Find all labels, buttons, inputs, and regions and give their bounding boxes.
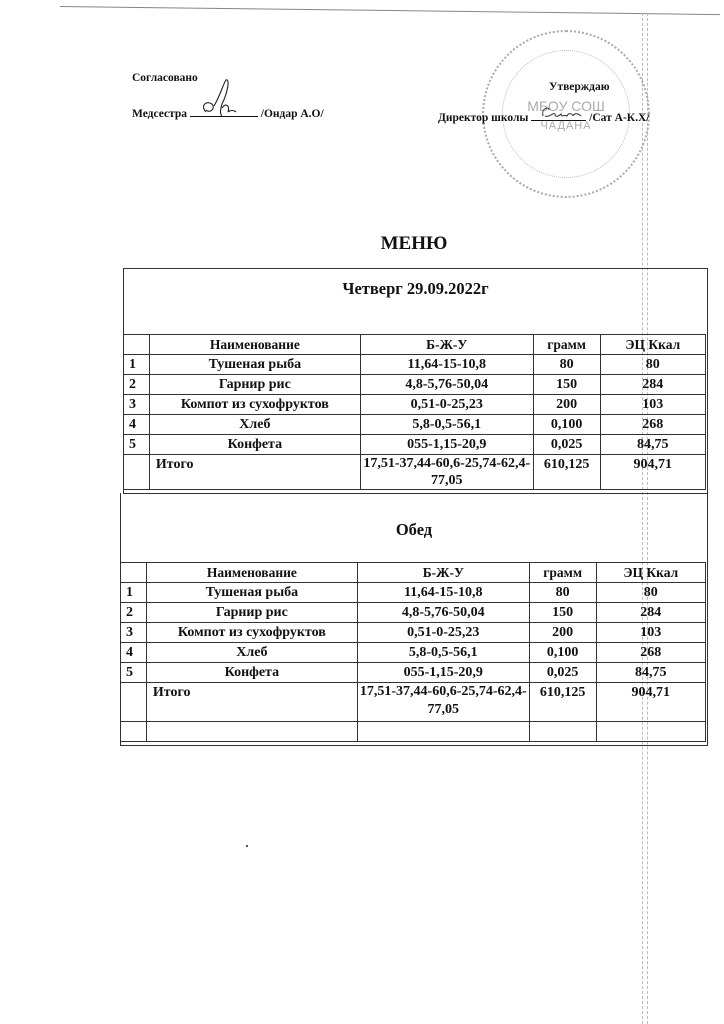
approval-block: Согласовано Медсестра /Ондар А.О/ bbox=[132, 72, 198, 84]
dish-gram: 150 bbox=[533, 375, 600, 395]
col-header-num bbox=[121, 563, 147, 583]
section-title: Четверг 29.09.2022г bbox=[124, 279, 707, 299]
total-row: Итого 17,51-37,44-60,6-25,74-62,4-77,05 … bbox=[121, 683, 706, 722]
empty-cell bbox=[529, 722, 596, 742]
director-name: /Сат А-К.Х/ bbox=[589, 112, 649, 124]
col-header-kcal: ЭЦ Ккал bbox=[600, 335, 706, 355]
dish-bju: 11,64-15-10,8 bbox=[360, 355, 533, 375]
menu-section-breakfast: Четверг 29.09.2022г Наименование Б-Ж-У г… bbox=[123, 268, 708, 494]
table-row: 4 Хлеб 5,8-0,5-56,1 0,100 268 bbox=[121, 643, 706, 663]
row-number bbox=[121, 683, 147, 722]
table-row: 2 Гарнир рис 4,8-5,76-50,04 150 284 bbox=[121, 603, 706, 623]
dish-name: Тушеная рыба bbox=[149, 355, 360, 375]
row-number: 5 bbox=[124, 435, 150, 455]
dish-name: Компот из сухофруктов bbox=[149, 395, 360, 415]
dish-name: Компот из сухофруктов bbox=[146, 623, 357, 643]
row-number: 2 bbox=[124, 375, 150, 395]
dish-gram: 80 bbox=[529, 583, 596, 603]
dish-gram: 0,100 bbox=[533, 415, 600, 435]
total-bju: 17,51-37,44-60,6-25,74-62,4-77,05 bbox=[360, 455, 533, 490]
row-number: 4 bbox=[121, 643, 147, 663]
col-header-gram: грамм bbox=[529, 563, 596, 583]
row-number bbox=[124, 455, 150, 490]
table-row: 2 Гарнир рис 4,8-5,76-50,04 150 284 bbox=[124, 375, 706, 395]
table-row: 4 Хлеб 5,8-0,5-56,1 0,100 268 bbox=[124, 415, 706, 435]
table-header-row: Наименование Б-Ж-У грамм ЭЦ Ккал bbox=[121, 563, 706, 583]
dish-kcal: 103 bbox=[600, 395, 706, 415]
signature-icon bbox=[196, 76, 264, 116]
dish-gram: 0,100 bbox=[529, 643, 596, 663]
table-row: 5 Конфета 055-1,15-20,9 0,025 84,75 bbox=[121, 663, 706, 683]
empty-cell bbox=[596, 722, 705, 742]
dish-kcal: 80 bbox=[596, 583, 705, 603]
total-bju: 17,51-37,44-60,6-25,74-62,4-77,05 bbox=[357, 683, 529, 722]
dish-kcal: 284 bbox=[596, 603, 705, 623]
dish-bju: 0,51-0-25,23 bbox=[357, 623, 529, 643]
dish-bju: 11,64-15-10,8 bbox=[357, 583, 529, 603]
table-row: 3 Компот из сухофруктов 0,51-0-25,23 200… bbox=[121, 623, 706, 643]
empty-cell bbox=[146, 722, 357, 742]
menu-section-lunch: Обед Наименование Б-Ж-У грамм ЭЦ Ккал 1 … bbox=[120, 493, 708, 746]
dish-bju: 055-1,15-20,9 bbox=[360, 435, 533, 455]
total-kcal: 904,71 bbox=[600, 455, 706, 490]
director-signature bbox=[531, 108, 586, 121]
dish-gram: 200 bbox=[529, 623, 596, 643]
dish-kcal: 80 bbox=[600, 355, 706, 375]
row-number: 2 bbox=[121, 603, 147, 623]
row-number: 3 bbox=[121, 623, 147, 643]
dish-name: Хлеб bbox=[146, 643, 357, 663]
approved-label: Согласовано bbox=[132, 72, 198, 84]
dish-gram: 200 bbox=[533, 395, 600, 415]
total-row: Итого 17,51-37,44-60,6-25,74-62,4-77,05 … bbox=[124, 455, 706, 490]
dish-name: Гарнир рис bbox=[149, 375, 360, 395]
empty-cell bbox=[357, 722, 529, 742]
nurse-signature bbox=[190, 104, 258, 117]
nurse-name: /Ондар А.О/ bbox=[261, 108, 324, 120]
dish-kcal: 284 bbox=[600, 375, 706, 395]
empty-row bbox=[121, 722, 706, 742]
col-header-gram: грамм bbox=[533, 335, 600, 355]
director-label: Директор школы bbox=[438, 112, 528, 124]
col-header-name: Наименование bbox=[146, 563, 357, 583]
dish-name: Гарнир рис bbox=[146, 603, 357, 623]
menu-table: Наименование Б-Ж-У грамм ЭЦ Ккал 1 Тушен… bbox=[120, 562, 706, 742]
table-row: 3 Компот из сухофруктов 0,51-0-25,23 200… bbox=[124, 395, 706, 415]
row-number: 1 bbox=[124, 355, 150, 375]
total-gram: 610,125 bbox=[533, 455, 600, 490]
col-header-kcal: ЭЦ Ккал bbox=[596, 563, 705, 583]
dish-gram: 0,025 bbox=[533, 435, 600, 455]
dish-gram: 150 bbox=[529, 603, 596, 623]
scan-edge-line bbox=[60, 6, 720, 15]
confirm-label: Утверждаю bbox=[549, 81, 610, 93]
dish-kcal: 268 bbox=[600, 415, 706, 435]
scan-speck bbox=[246, 845, 248, 847]
col-header-num bbox=[124, 335, 150, 355]
row-number: 1 bbox=[121, 583, 147, 603]
table-header-row: Наименование Б-Ж-У грамм ЭЦ Ккал bbox=[124, 335, 706, 355]
total-gram: 610,125 bbox=[529, 683, 596, 722]
dish-bju: 5,8-0,5-56,1 bbox=[360, 415, 533, 435]
total-kcal: 904,71 bbox=[596, 683, 705, 722]
dish-bju: 055-1,15-20,9 bbox=[357, 663, 529, 683]
dish-name: Хлеб bbox=[149, 415, 360, 435]
table-row: 1 Тушеная рыба 11,64-15-10,8 80 80 bbox=[121, 583, 706, 603]
col-header-name: Наименование bbox=[149, 335, 360, 355]
total-label: Итого bbox=[149, 455, 360, 490]
dish-bju: 4,8-5,76-50,04 bbox=[357, 603, 529, 623]
dish-gram: 0,025 bbox=[529, 663, 596, 683]
total-label: Итого bbox=[146, 683, 357, 722]
row-number: 3 bbox=[124, 395, 150, 415]
dish-kcal: 84,75 bbox=[596, 663, 705, 683]
empty-cell bbox=[121, 722, 147, 742]
dish-gram: 80 bbox=[533, 355, 600, 375]
col-header-bju: Б-Ж-У bbox=[360, 335, 533, 355]
dish-name: Конфета bbox=[149, 435, 360, 455]
dish-name: Конфета bbox=[146, 663, 357, 683]
row-number: 4 bbox=[124, 415, 150, 435]
signature-icon bbox=[539, 104, 594, 124]
document-title: МЕНЮ bbox=[0, 233, 724, 255]
director-block: Директор школы /Сат А-К.Х/ bbox=[438, 108, 649, 124]
dish-name: Тушеная рыба bbox=[146, 583, 357, 603]
dish-kcal: 103 bbox=[596, 623, 705, 643]
dish-kcal: 268 bbox=[596, 643, 705, 663]
nurse-label: Медсестра bbox=[132, 108, 187, 120]
table-row: 1 Тушеная рыба 11,64-15-10,8 80 80 bbox=[124, 355, 706, 375]
menu-table: Наименование Б-Ж-У грамм ЭЦ Ккал 1 Тушен… bbox=[123, 334, 706, 490]
table-row: 5 Конфета 055-1,15-20,9 0,025 84,75 bbox=[124, 435, 706, 455]
dish-kcal: 84,75 bbox=[600, 435, 706, 455]
section-title: Обед bbox=[121, 520, 707, 540]
dish-bju: 5,8-0,5-56,1 bbox=[357, 643, 529, 663]
row-number: 5 bbox=[121, 663, 147, 683]
col-header-bju: Б-Ж-У bbox=[357, 563, 529, 583]
dish-bju: 0,51-0-25,23 bbox=[360, 395, 533, 415]
dish-bju: 4,8-5,76-50,04 bbox=[360, 375, 533, 395]
